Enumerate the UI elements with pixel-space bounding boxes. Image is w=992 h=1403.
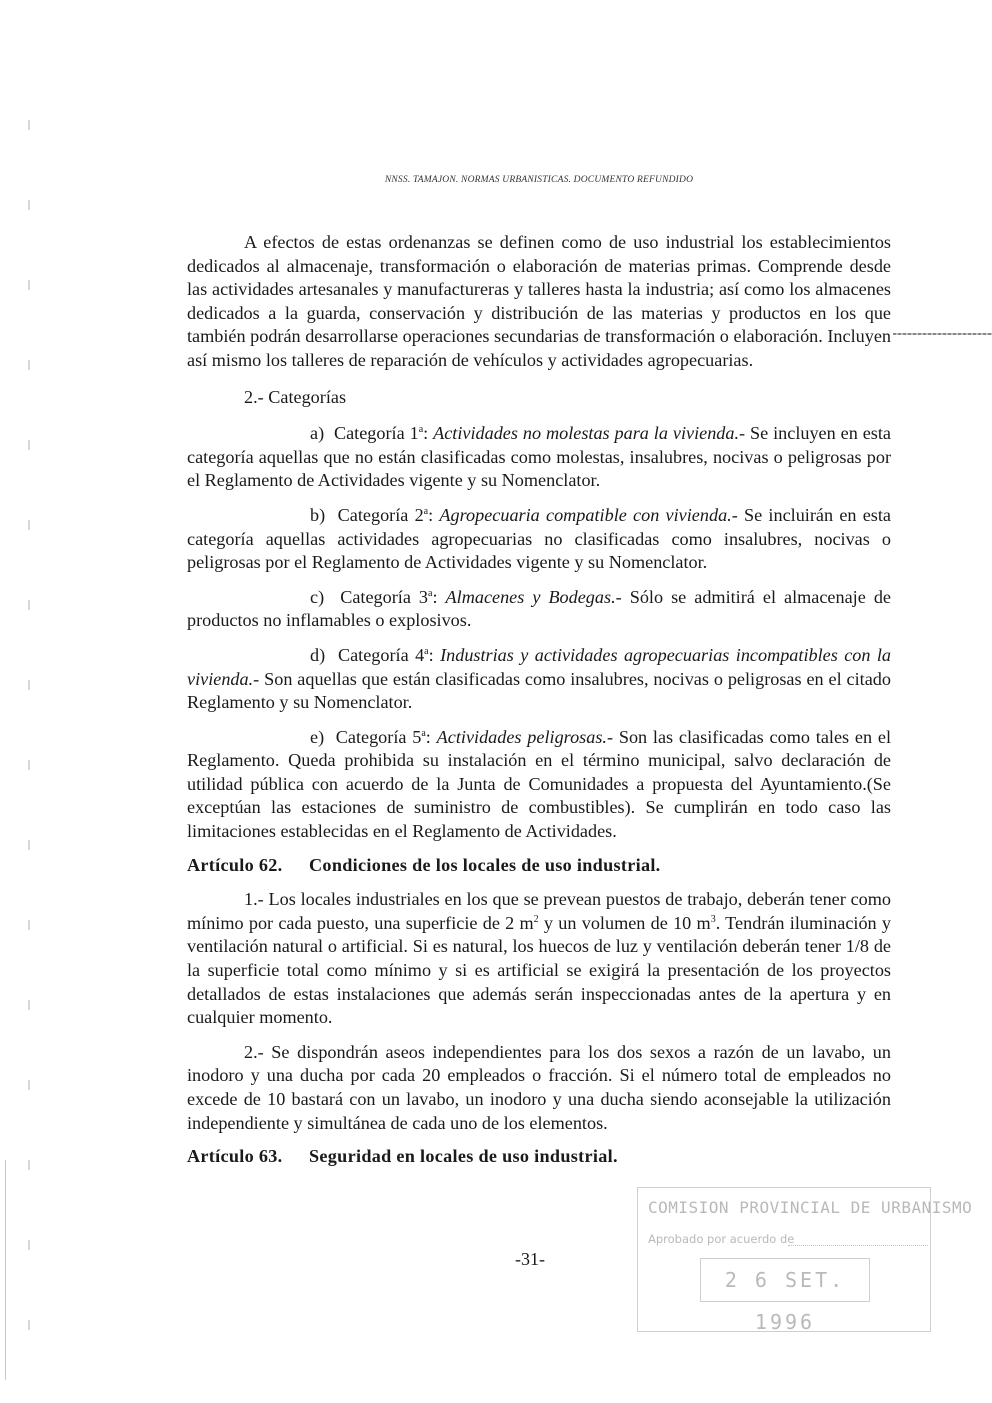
category-item-5: e) Categoría 5a: Actividades peligrosas.… [187,726,891,844]
stamp-dotted-line [788,1245,928,1246]
article-63-heading: Artículo 63.Seguridad en locales de uso … [187,1145,891,1169]
running-header: NNSS. TAMAJON. NORMAS URBANISTICAS. DOCU… [0,175,992,185]
category-title: Almacenes y Bodegas. [446,587,616,607]
category-item-4: d) Categoría 4a: Industrias y actividade… [187,644,891,715]
approval-stamp: COMISION PROVINCIAL DE URBANISMO Aprobad… [637,1187,931,1332]
article-title: Condiciones de los locales de uso indust… [309,855,661,875]
categories-heading: 2.- Categorías [187,386,891,410]
article-62-paragraph-2: 2.- Se dispondrán aseos independientes p… [187,1041,891,1135]
category-label: Categoría 1 [334,423,419,443]
category-marker: b) [310,505,325,525]
scan-artifact-line [893,333,992,335]
stamp-date: 2 6 SET. 1996 [700,1258,870,1302]
article-62-paragraph-1: 1.- Los locales industriales en los que … [187,888,891,1030]
category-item-3: c) Categoría 3a: Almacenes y Bodegas.- S… [187,586,891,633]
article-title: Seguridad en locales de uso industrial. [309,1146,618,1166]
intro-paragraph: A efectos de estas ordenanzas se definen… [187,231,891,373]
paragraph-text: y un volumen de 10 m [539,913,711,933]
ordinal-indicator: a [424,506,428,517]
category-marker: c) [310,587,324,607]
category-label: Categoría 5 [336,727,422,747]
stamp-title: COMISION PROVINCIAL DE URBANISMO [648,1198,972,1217]
category-item-2: b) Categoría 2a: Agropecuaria compatible… [187,504,891,575]
page-number: -31- [500,1249,560,1270]
category-marker: d) [310,645,325,665]
category-item-1: a) Categoría 1a: Actividades no molestas… [187,422,891,493]
category-text: - Son aquellas que están clasificadas co… [187,669,891,713]
stamp-approved-label: Aprobado por acuerdo de [648,1232,794,1246]
ordinal-indicator: a [419,424,423,435]
category-marker: e) [310,727,324,747]
article-number: Artículo 63. [187,1145,309,1169]
ordinal-indicator: a [428,588,432,599]
category-label: Categoría 2 [338,505,424,525]
scan-margin-artifacts [0,0,42,1403]
category-marker: a) [310,423,324,443]
ordinal-indicator: a [421,728,425,739]
ordinal-indicator: a [424,646,428,657]
category-title: Actividades peligrosas. [437,727,607,747]
category-label: Categoría 3 [340,587,428,607]
category-label: Categoría 4 [338,645,424,665]
category-title: Agropecuaria compatible con vivienda. [439,505,731,525]
document-body: A efectos de estas ordenanzas se definen… [187,231,891,1169]
article-number: Artículo 62. [187,854,309,878]
category-title: Actividades no molestas para la vivienda… [433,423,739,443]
article-62-heading: Artículo 62.Condiciones de los locales d… [187,854,891,878]
